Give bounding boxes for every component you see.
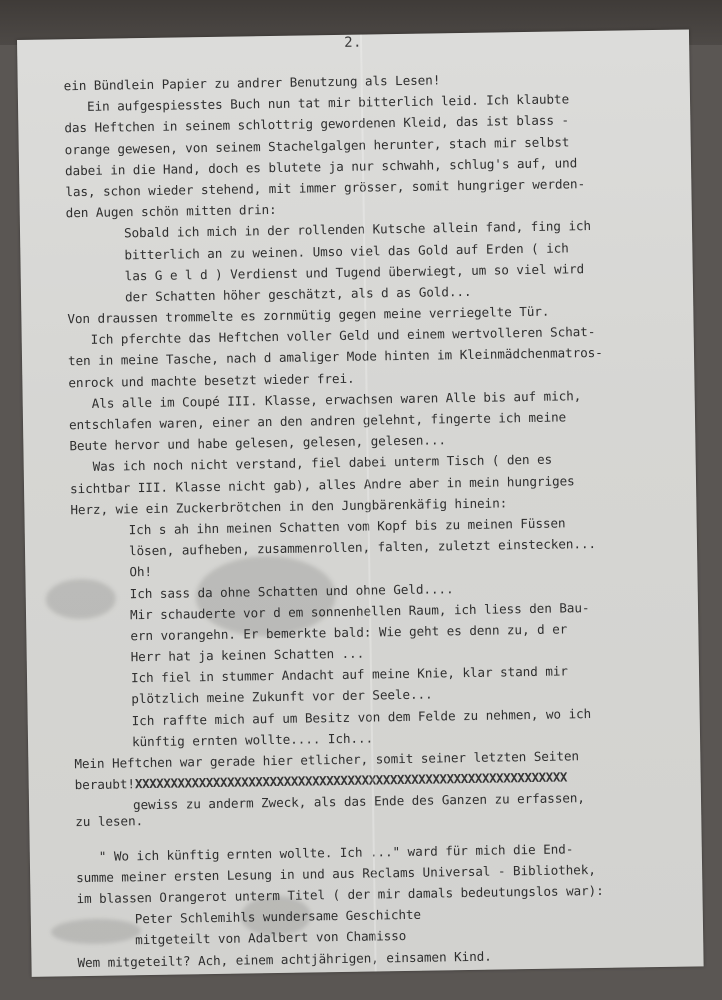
line-text: beraubt!	[75, 776, 135, 792]
line-text: ein Bündlein Papier zu andrer Benutzung …	[64, 72, 441, 93]
line-text: der Schatten höher geschätzt, als d as G…	[125, 284, 472, 304]
line-text: Oh!	[129, 564, 152, 579]
line-text: den Augen schön mitten drin:	[66, 202, 277, 220]
line-text: künftig ernten wollte.... Ich...	[132, 730, 373, 749]
line-text: Beute hervor und habe gelesen, gelesen, …	[69, 433, 446, 454]
line-text: plötzlich meine Zukunft vor der Seele...	[131, 687, 432, 707]
line-text: ern vorangehn. Er bemerkte bald: Wie geh…	[130, 621, 567, 643]
typewritten-page: 2. ein Bündlein Papier zu andrer Benutzu…	[17, 29, 704, 976]
line-text: Ich fiel in stummer Andacht auf meine Kn…	[131, 664, 568, 686]
line-text: lösen, aufheben, zusammenrollen, falten,…	[129, 536, 596, 558]
line-text: las G e l d ) Verdienst und Tugend überw…	[125, 261, 585, 283]
line-text: Wem mitgeteilt? Ach, einem achtjährigen,…	[77, 948, 491, 970]
document-body: ein Bündlein Papier zu andrer Benutzung …	[64, 66, 698, 973]
line-text: Ich raffte mich auf um Besitz von dem Fe…	[132, 706, 592, 728]
line-text: enrock und machte besetzt wieder frei.	[68, 370, 354, 389]
line-text: zu lesen.	[75, 813, 143, 829]
line-text: Herr hat ja keinen Schatten ...	[131, 646, 365, 665]
